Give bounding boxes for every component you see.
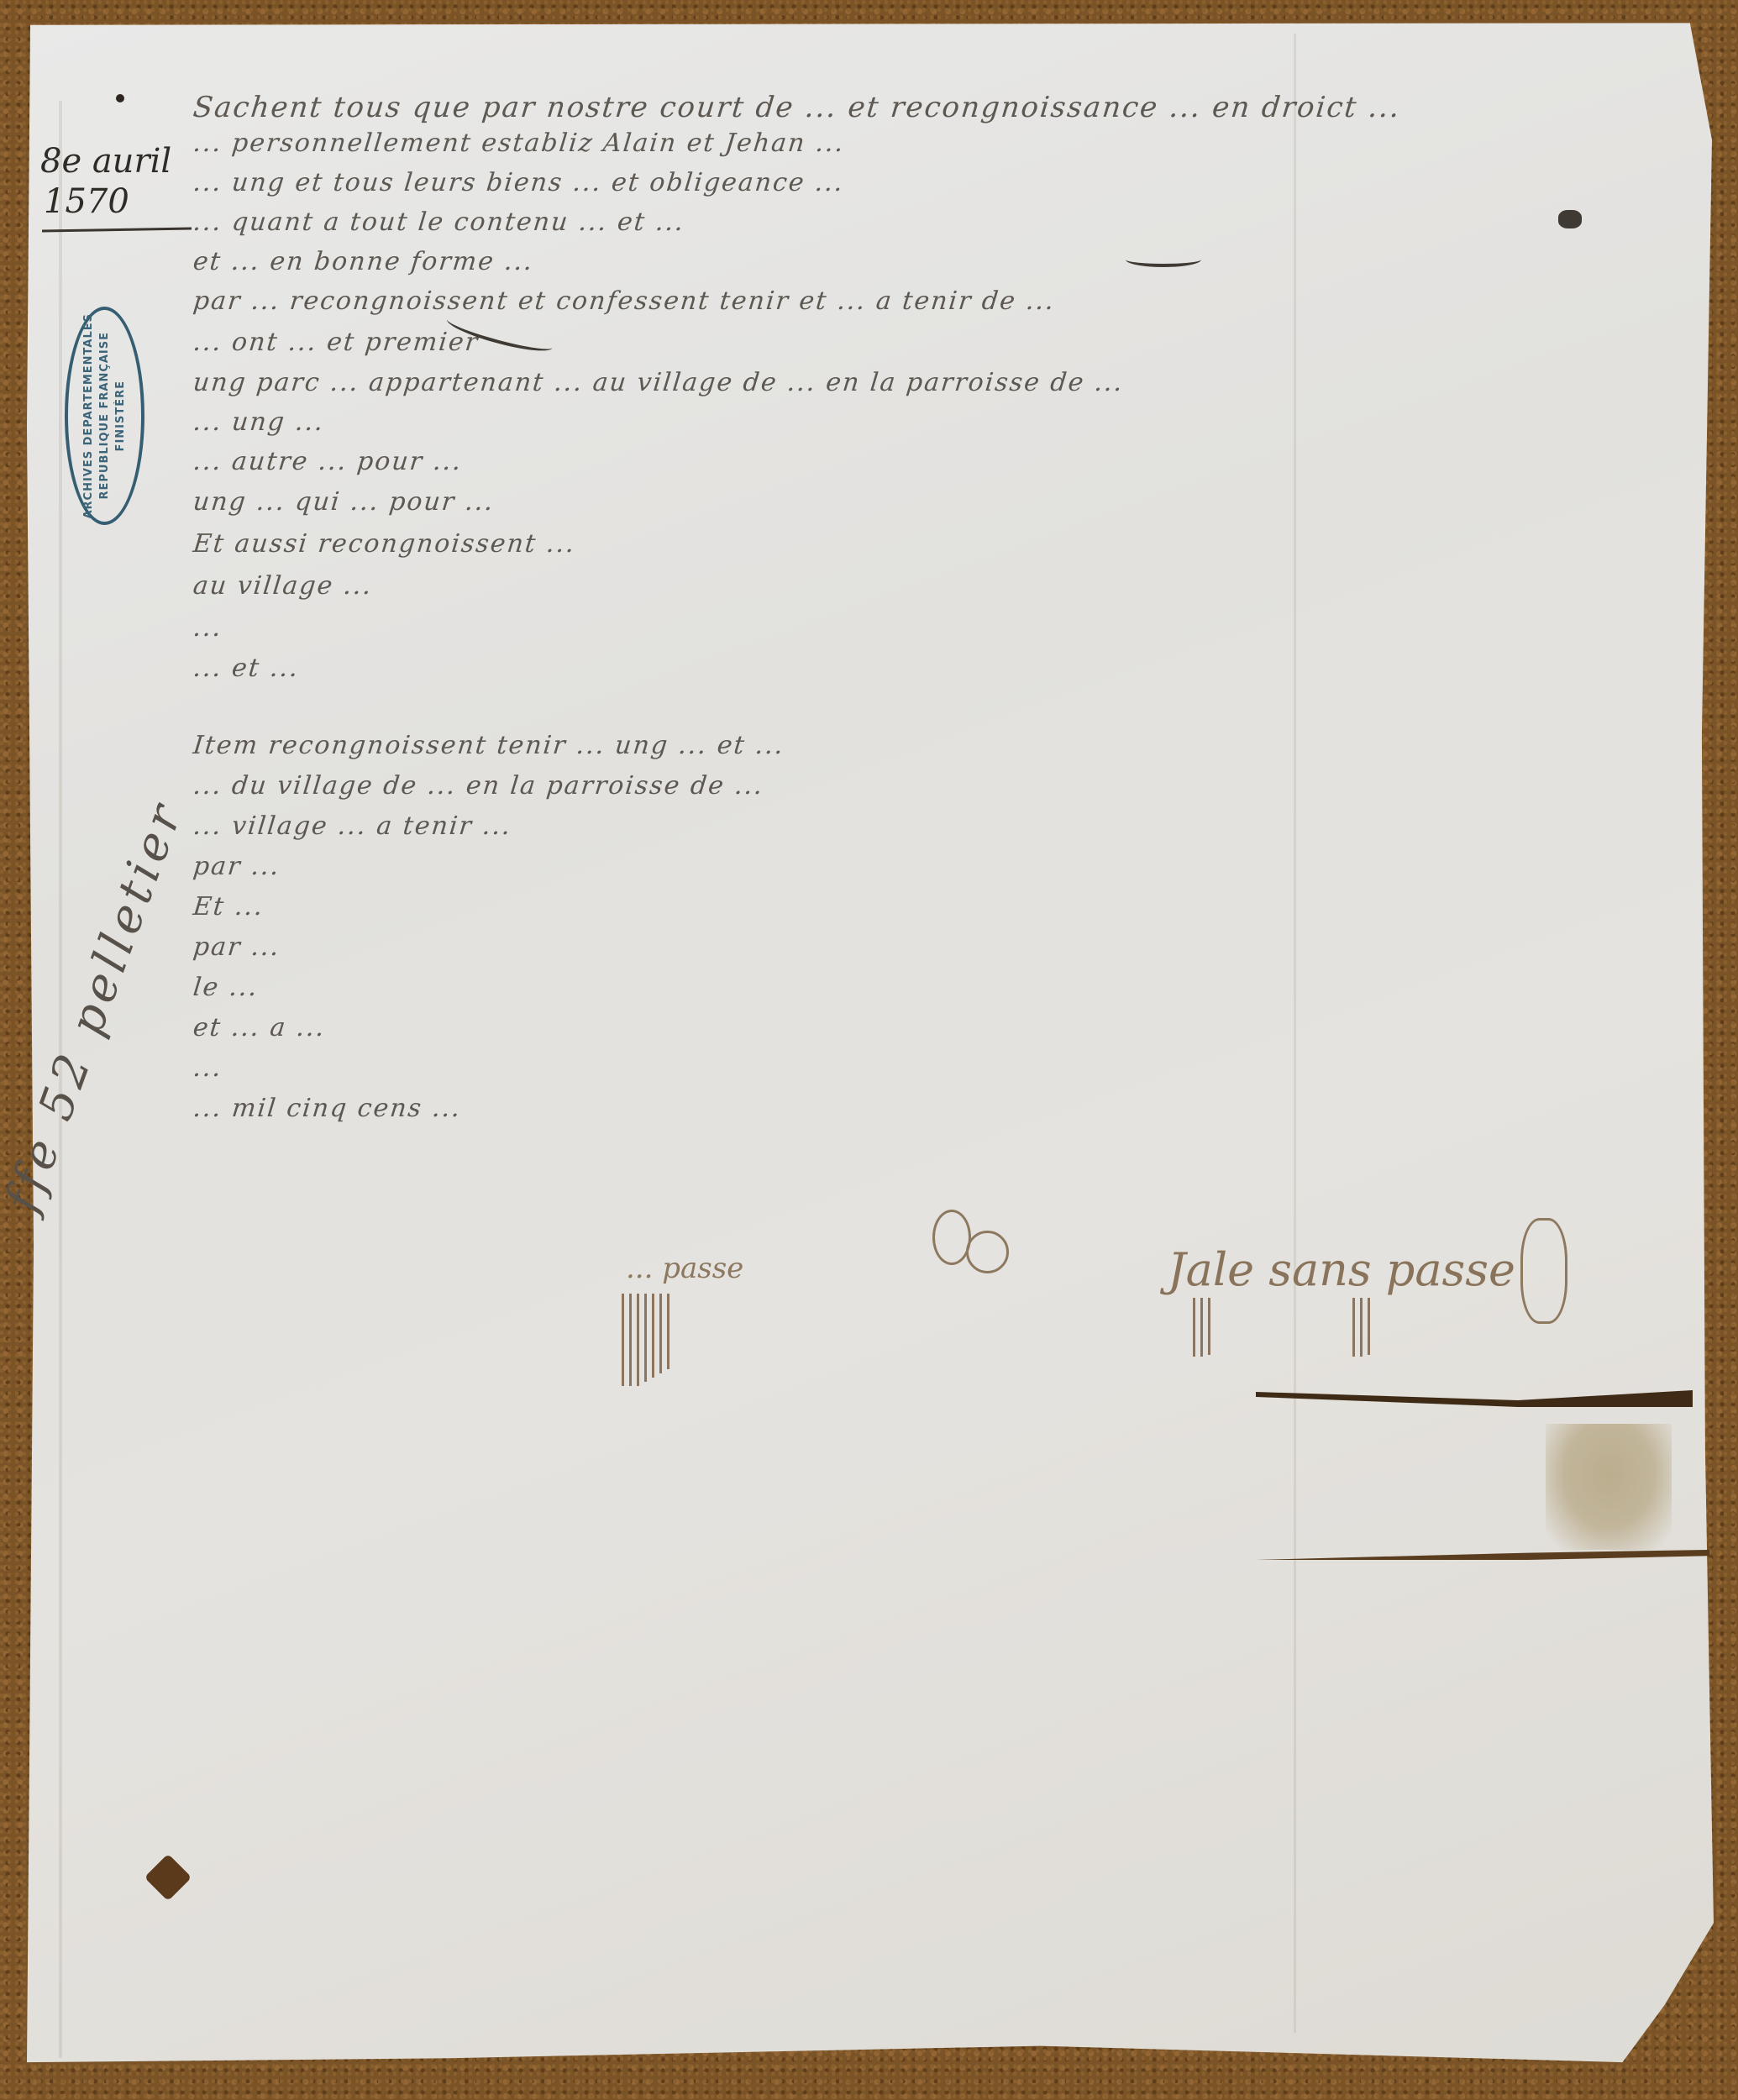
- body-line: et ... a ...: [192, 1013, 327, 1042]
- body-line: ... mil cinq cens ...: [192, 1094, 463, 1123]
- pen-flourish: [1126, 252, 1201, 267]
- stamp-line: ARCHIVES DEPARTEMENTALES: [82, 313, 95, 519]
- stamp-line: FINISTÈRE: [114, 381, 127, 451]
- body-line: Et aussi recongnoissent ...: [192, 529, 577, 559]
- body-line: Item recongnoissent tenir ... ung ... et…: [192, 731, 785, 760]
- body-line: et ... en bonne forme ...: [192, 247, 535, 276]
- fold-crease: [1294, 34, 1296, 2033]
- archive-stamp: ARCHIVES DEPARTEMENTALES REPUBLIQUE FRAN…: [65, 307, 144, 525]
- signature-strokes: [1352, 1298, 1370, 1357]
- body-line: le ...: [192, 973, 260, 1002]
- body-line: au village ...: [192, 571, 374, 601]
- date-day: 8e auril: [40, 141, 171, 181]
- body-line: ... quant a tout le contenu ... et ...: [192, 207, 686, 237]
- body-line: ... ont ... et premier: [192, 328, 480, 357]
- signature-paraph: [1520, 1218, 1567, 1324]
- signature-strokes: [622, 1294, 669, 1386]
- body-line: Et ...: [192, 892, 265, 921]
- date-annotation: 8e auril 1570: [40, 141, 171, 222]
- signature-strokes: [1193, 1298, 1210, 1357]
- body-line: ... ung ...: [192, 407, 326, 437]
- body-line: par ... recongnoissent et confessent ten…: [192, 286, 1057, 316]
- stain: [1546, 1424, 1672, 1550]
- body-line: ... autre ... pour ...: [192, 447, 464, 476]
- signature-paraph: [932, 1210, 971, 1265]
- body-line: ...: [192, 1053, 223, 1083]
- body-line: ung ... qui ... pour ...: [192, 487, 496, 517]
- ink-blot: [1558, 210, 1582, 228]
- body-line: ung parc ... appartenant ... au village …: [192, 368, 1125, 397]
- body-line: ... ung et tous leurs biens ... et oblig…: [192, 168, 845, 197]
- pin-hole: [116, 94, 124, 102]
- body-line: par ...: [192, 932, 281, 962]
- body-line: ...: [192, 613, 223, 643]
- body-line: ... personnellement establiz Alain et Je…: [192, 129, 846, 158]
- body-line: Sachent tous que par nostre court de ...…: [192, 91, 1403, 124]
- body-line: ... du village de ... en la parroisse de…: [192, 771, 765, 801]
- date-year: 1570: [40, 181, 171, 222]
- body-line: ... village ... a tenir ...: [192, 811, 513, 841]
- stamp-line: REPUBLIQUE FRANÇAISE: [98, 332, 111, 500]
- signature-paraph: [966, 1231, 1009, 1273]
- body-line: par ...: [192, 852, 281, 881]
- notary-signature-left: ... passe: [626, 1252, 743, 1285]
- notary-signature-right: Jale sans passe: [1168, 1243, 1515, 1296]
- body-line: ... et ...: [192, 654, 301, 683]
